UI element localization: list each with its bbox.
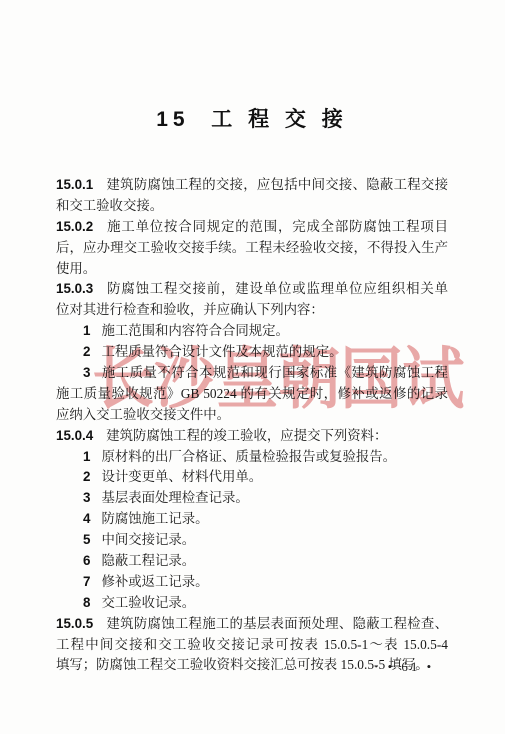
clause-number: 15.0.5 bbox=[56, 616, 93, 631]
line-text: 应纳入交工验收交接文件中。 bbox=[56, 407, 230, 422]
clause-number: 2 bbox=[83, 469, 90, 484]
text-line: 5中间交接记录。 bbox=[56, 530, 448, 551]
clause-number: 15.0.4 bbox=[56, 428, 93, 443]
text-line: 2工程质量符合设计文件及本规范的规定。 bbox=[56, 342, 448, 363]
clause-number: 6 bbox=[83, 553, 90, 568]
text-line: 后，应办理交工验收交接手续。工程未经验收交接，不得投入生产 bbox=[56, 238, 448, 259]
line-text: 建筑防腐蚀工程施工的基层表面预处理、隐蔽工程检查、 bbox=[106, 616, 448, 631]
text-line: 7修补或返工记录。 bbox=[56, 572, 448, 593]
text-line: 施工质量验收规范》GB 50224 的有关规定时，修补或返修的记录 bbox=[56, 384, 448, 405]
text-line: 填写；防腐蚀工程交工验收资料交接汇总可按表 15.0.5-5 填写。 bbox=[56, 655, 448, 676]
text-line: 15.0.4建筑防腐蚀工程的竣工验收，应提交下列资料： bbox=[56, 426, 448, 447]
text-line: 位对其进行检查和验收，并应确认下列内容： bbox=[56, 300, 448, 321]
clause-number: 3 bbox=[83, 490, 90, 505]
clause-number: 3 bbox=[83, 365, 90, 380]
line-text: 填写；防腐蚀工程交工验收资料交接汇总可按表 15.0.5-5 填写。 bbox=[56, 657, 429, 672]
text-line: 2设计变更单、材料代用单。 bbox=[56, 467, 448, 488]
line-text: 建筑防腐蚀工程的竣工验收，应提交下列资料： bbox=[106, 428, 387, 443]
line-text: 和交工验收交接。 bbox=[56, 198, 163, 213]
clause-number: 15.0.3 bbox=[56, 281, 93, 296]
text-line: 工程中间交接和交工验收交接记录可按表 15.0.5-1～表 15.0.5-4 bbox=[56, 635, 448, 656]
text-line: 1原材料的出厂合格证、质量检验报告或复验报告。 bbox=[56, 447, 448, 468]
line-text: 防腐蚀施工记录。 bbox=[101, 511, 208, 526]
line-text: 施工质量不符合本规范和现行国家标准《建筑防腐蚀工程 bbox=[101, 365, 448, 380]
text-line: 15.0.5建筑防腐蚀工程施工的基层表面预处理、隐蔽工程检查、 bbox=[56, 614, 448, 635]
text-line: 使用。 bbox=[56, 259, 448, 280]
line-text: 交工验收记录。 bbox=[101, 595, 195, 610]
clause-number: 15.0.2 bbox=[56, 219, 93, 234]
line-text: 位对其进行检查和验收，并应确认下列内容： bbox=[56, 302, 324, 317]
line-text: 施工质量验收规范》GB 50224 的有关规定时，修补或返修的记录 bbox=[56, 386, 448, 401]
clause-number: 8 bbox=[83, 595, 90, 610]
line-text: 后，应办理交工验收交接手续。工程未经验收交接，不得投入生产 bbox=[56, 240, 448, 255]
text-line: 应纳入交工验收交接文件中。 bbox=[56, 405, 448, 426]
clause-number: 1 bbox=[83, 323, 90, 338]
text-line: 15.0.3防腐蚀工程交接前，建设单位或监理单位应组织相关单 bbox=[56, 279, 448, 300]
chapter-title: 15 工 程 交 接 bbox=[56, 103, 448, 133]
clause-number: 5 bbox=[83, 532, 90, 547]
text-line: 6隐蔽工程记录。 bbox=[56, 551, 448, 572]
text-line: 和交工验收交接。 bbox=[56, 196, 448, 217]
text-line: 8交工验收记录。 bbox=[56, 593, 448, 614]
text-line: 4防腐蚀施工记录。 bbox=[56, 509, 448, 530]
body-text: 15.0.1建筑防腐蚀工程的交接，应包括中间交接、隐蔽工程交接和交工验收交接。1… bbox=[56, 175, 448, 676]
clause-number: 7 bbox=[83, 574, 90, 589]
text-line: 3施工质量不符合本规范和现行国家标准《建筑防腐蚀工程 bbox=[56, 363, 448, 384]
line-text: 防腐蚀工程交接前，建设单位或监理单位应组织相关单 bbox=[106, 281, 448, 296]
document-page: 15 工 程 交 接 15.0.1建筑防腐蚀工程的交接，应包括中间交接、隐蔽工程… bbox=[0, 0, 505, 734]
line-text: 建筑防腐蚀工程的交接，应包括中间交接、隐蔽工程交接 bbox=[106, 177, 448, 192]
text-line: 15.0.1建筑防腐蚀工程的交接，应包括中间交接、隐蔽工程交接 bbox=[56, 175, 448, 196]
line-text: 基层表面处理检查记录。 bbox=[101, 490, 248, 505]
text-line: 3基层表面处理检查记录。 bbox=[56, 488, 448, 509]
clause-number: 2 bbox=[83, 344, 90, 359]
line-text: 中间交接记录。 bbox=[101, 532, 195, 547]
text-line: 1施工范围和内容符合合同规定。 bbox=[56, 321, 448, 342]
line-text: 隐蔽工程记录。 bbox=[101, 553, 195, 568]
line-text: 原材料的出厂合格证、质量检验报告或复验报告。 bbox=[101, 449, 396, 464]
line-text: 工程中间交接和交工验收交接记录可按表 15.0.5-1～表 15.0.5-4 bbox=[56, 637, 448, 652]
line-text: 施工单位按合同规定的范围，完成全部防腐蚀工程项目 bbox=[106, 219, 448, 234]
line-text: 使用。 bbox=[56, 261, 96, 276]
clause-number: 4 bbox=[83, 511, 90, 526]
clause-number: 15.0.1 bbox=[56, 177, 93, 192]
line-text: 设计变更单、材料代用单。 bbox=[101, 469, 262, 484]
line-text: 工程质量符合设计文件及本规范的规定。 bbox=[101, 344, 342, 359]
line-text: 施工范围和内容符合合同规定。 bbox=[101, 323, 288, 338]
text-line: 15.0.2施工单位按合同规定的范围，完成全部防腐蚀工程项目 bbox=[56, 217, 448, 238]
line-text: 修补或返工记录。 bbox=[101, 574, 208, 589]
clause-number: 1 bbox=[83, 449, 90, 464]
